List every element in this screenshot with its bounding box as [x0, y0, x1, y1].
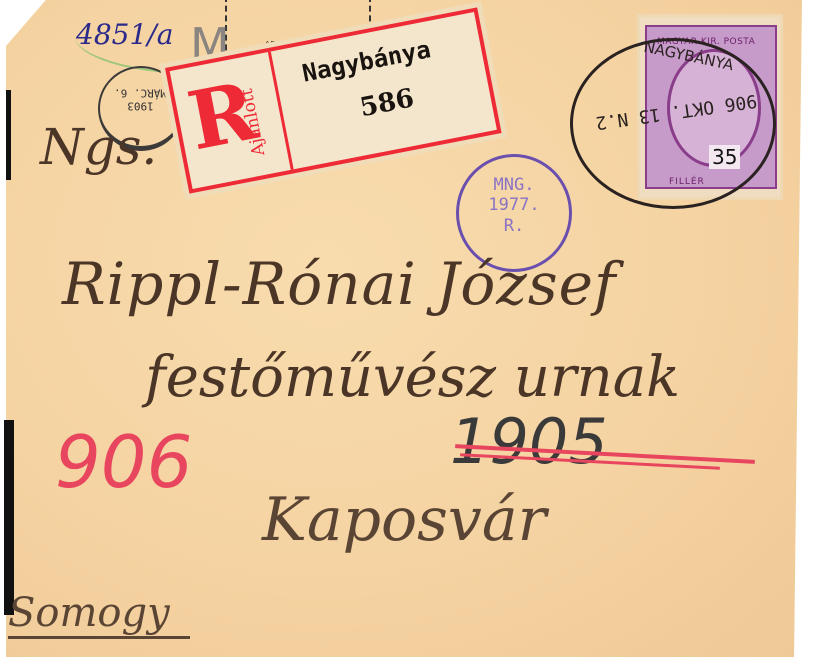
address-name: Rippl-Rónai József: [62, 250, 616, 318]
registration-number: 586: [357, 83, 416, 123]
torn-edge: [4, 420, 14, 615]
cancellation-date: 906 OKT. 13 N.2: [594, 90, 758, 133]
museum-stamp-line3: R.: [459, 216, 569, 236]
address-salutation: Ngs.: [40, 118, 157, 176]
gray-postmark-date: MÁRC. 6.: [114, 86, 167, 99]
cancellation-time: N.2: [594, 108, 629, 133]
gray-postmark-year: 1903: [114, 99, 167, 112]
archive-number: 4851/a: [76, 18, 173, 51]
crossed-year: 1905: [450, 405, 608, 478]
registration-town: Nagybánya: [300, 35, 433, 87]
address-county: Somogy: [8, 590, 190, 639]
museum-stamp-line1: MNG.: [459, 175, 569, 195]
address-title: festőművész urnak: [145, 345, 680, 410]
museum-stamp-line2: 1977.: [459, 195, 569, 215]
torn-edge: [6, 90, 11, 180]
envelope: ADATTÉS 4851/a M 1903MÁRC. 6. R Ajánlott…: [0, 0, 814, 667]
cancellation-date-text: 906 OKT. 13: [637, 90, 758, 127]
red-pencil-year: 906: [55, 420, 192, 504]
registration-divider: [268, 52, 294, 170]
cancellation-postmark: NAGYBÁNYA 906 OKT. 13 N.2: [570, 38, 776, 209]
address-city: Kaposvár: [262, 485, 546, 555]
